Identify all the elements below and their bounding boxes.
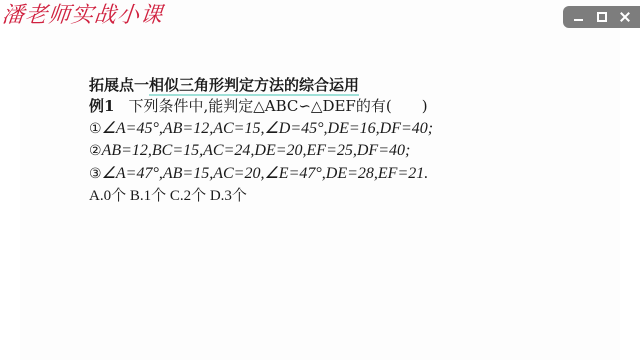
question-text: 下列条件中,能判定△ABC∽△DEF的有( ) bbox=[128, 97, 427, 115]
example-label: 例1 bbox=[89, 97, 114, 115]
condition-marker: ① bbox=[89, 121, 102, 137]
condition-marker: ② bbox=[89, 143, 102, 159]
condition-2: ②AB=12,BC=15,AC=24,DE=20,EF=25,DF=40; bbox=[89, 140, 433, 163]
heading-prefix: 拓展点一 bbox=[89, 76, 149, 94]
close-button[interactable] bbox=[615, 8, 635, 26]
window-controls bbox=[563, 6, 640, 28]
condition-text: ∠A=45°,AB=12,AC=15,∠D=45°,DE=16,DF=40; bbox=[102, 120, 434, 137]
condition-marker: ③ bbox=[89, 166, 102, 182]
screen: 潘老师实战小课 拓展点一相似三角形判定方法的综合运用 例1下列条件中,能判定△A… bbox=[0, 0, 640, 360]
watermark-logo: 潘老师实战小课 bbox=[0, 0, 164, 32]
maximize-button[interactable] bbox=[592, 8, 612, 26]
example-question: 例1下列条件中,能判定△ABC∽△DEF的有( ) bbox=[89, 95, 433, 118]
minimize-icon bbox=[574, 19, 583, 21]
condition-text: AB=12,BC=15,AC=24,DE=20,EF=25,DF=40; bbox=[102, 142, 411, 159]
condition-text: ∠A=47°,AB=15,AC=20,∠E=47°,DE=28,EF=21. bbox=[102, 165, 429, 182]
answer-options: A.0个 B.1个 C.2个 D.3个 bbox=[89, 185, 433, 208]
minimize-button[interactable] bbox=[569, 8, 589, 26]
close-icon bbox=[620, 12, 630, 22]
condition-1: ①∠A=45°,AB=12,AC=15,∠D=45°,DE=16,DF=40; bbox=[89, 118, 433, 141]
section-heading: 拓展点一相似三角形判定方法的综合运用 bbox=[89, 75, 433, 95]
condition-3: ③∠A=47°,AB=15,AC=20,∠E=47°,DE=28,EF=21. bbox=[89, 163, 433, 186]
heading-highlight: 相似三角形判定方法的综合运用 bbox=[149, 76, 359, 96]
slide-content: 拓展点一相似三角形判定方法的综合运用 例1下列条件中,能判定△ABC∽△DEF的… bbox=[89, 75, 433, 208]
maximize-icon bbox=[597, 12, 607, 22]
